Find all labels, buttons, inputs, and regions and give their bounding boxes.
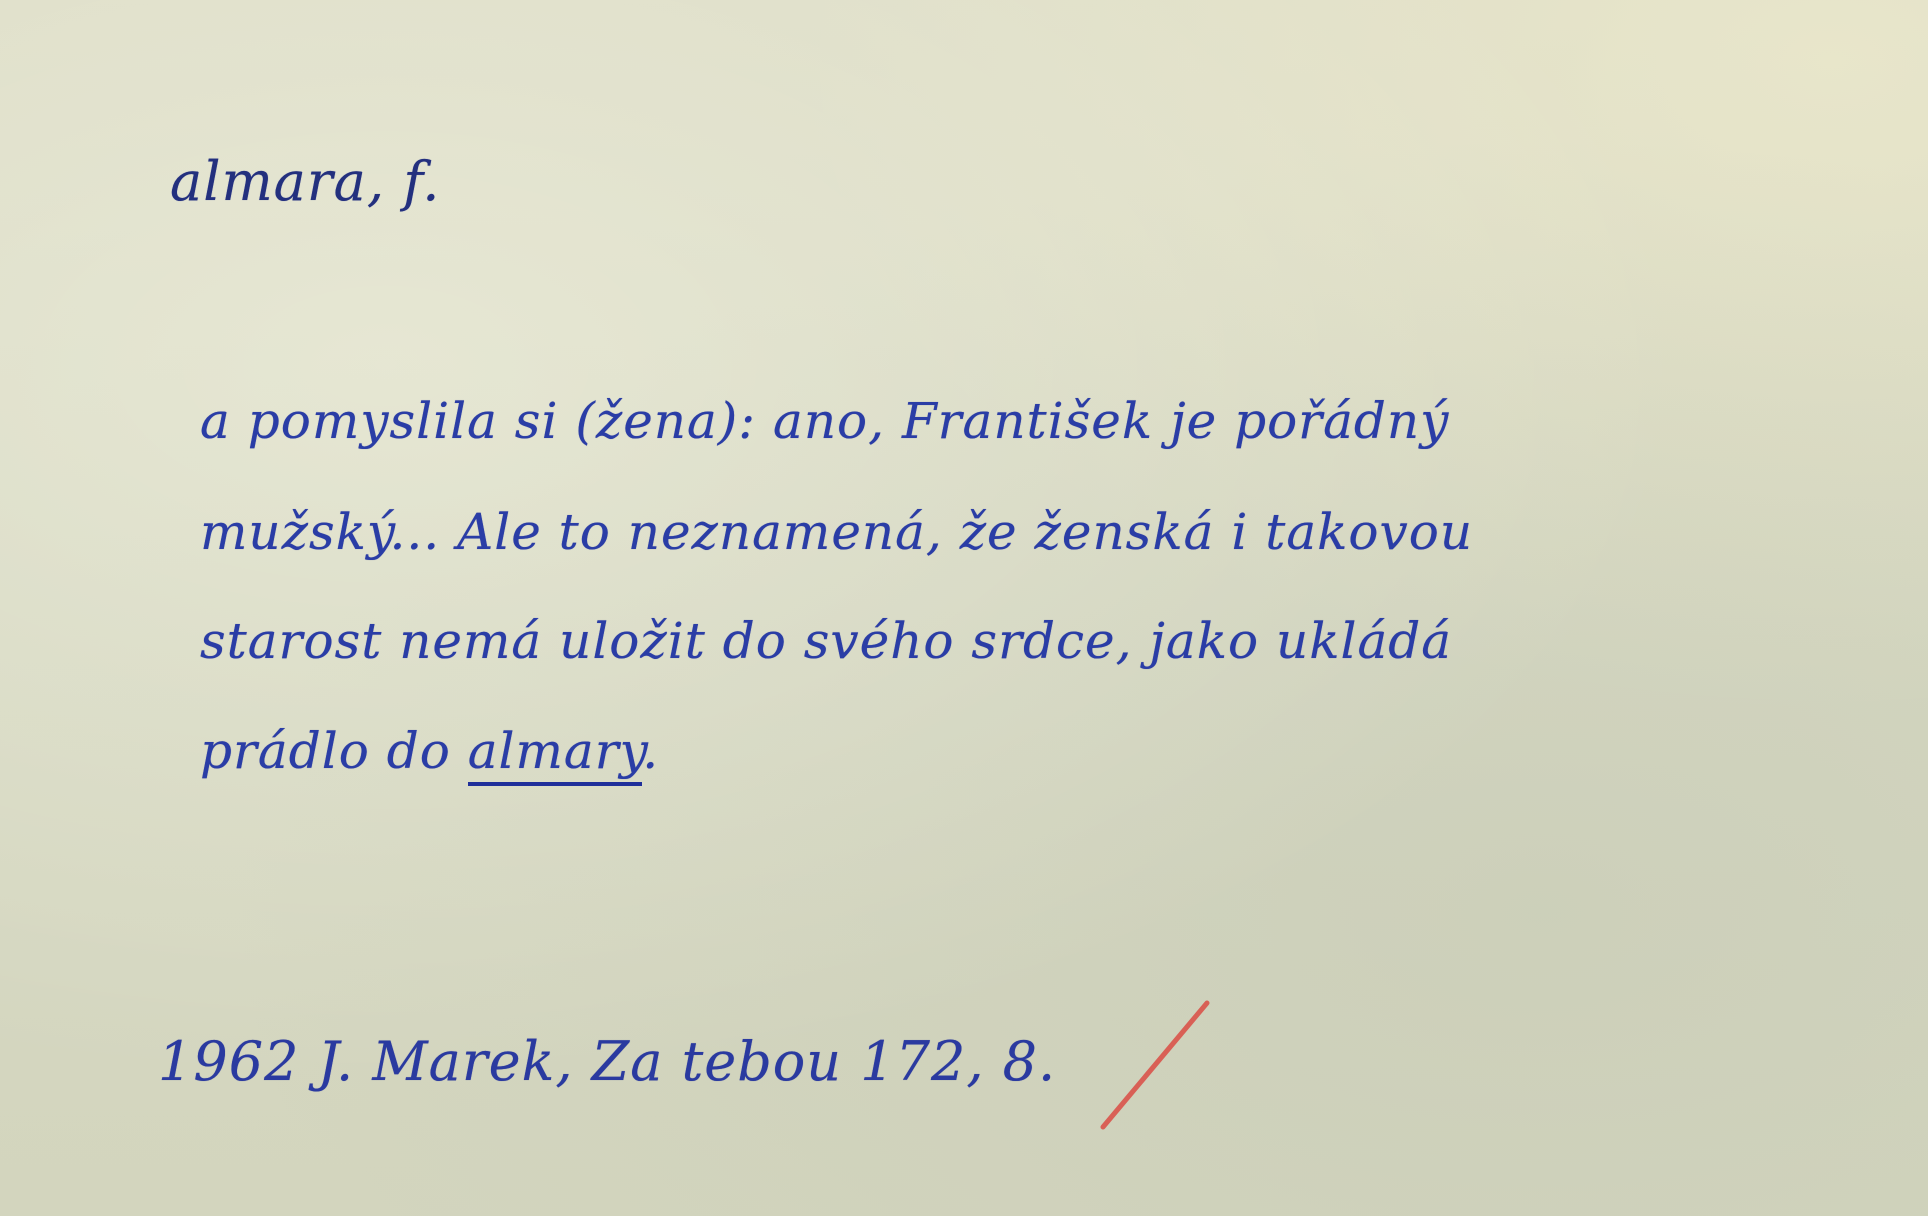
citation-line-1: a pomyslila si (žena): ano, František je…: [200, 392, 1449, 450]
citation-line-4-text: prádlo do: [200, 722, 468, 780]
citation-line-3: starost nemá uložit do svého srdce, jako…: [200, 612, 1452, 670]
headword: almara, f.: [170, 150, 440, 213]
red-pencil-slash-mark: [1095, 995, 1215, 1135]
final-period: .: [642, 722, 659, 780]
citation-line-2: mužský... Ale to neznamená, že ženská i …: [200, 503, 1473, 561]
citation-line-4: prádlo do almary.: [200, 722, 659, 780]
source-citation: 1962 J. Marek, Za tebou 172, 8.: [158, 1030, 1056, 1093]
underlined-headword-occurrence: almary: [468, 722, 643, 786]
dictionary-slip: almara, f. a pomyslila si (žena): ano, F…: [0, 0, 1928, 1216]
